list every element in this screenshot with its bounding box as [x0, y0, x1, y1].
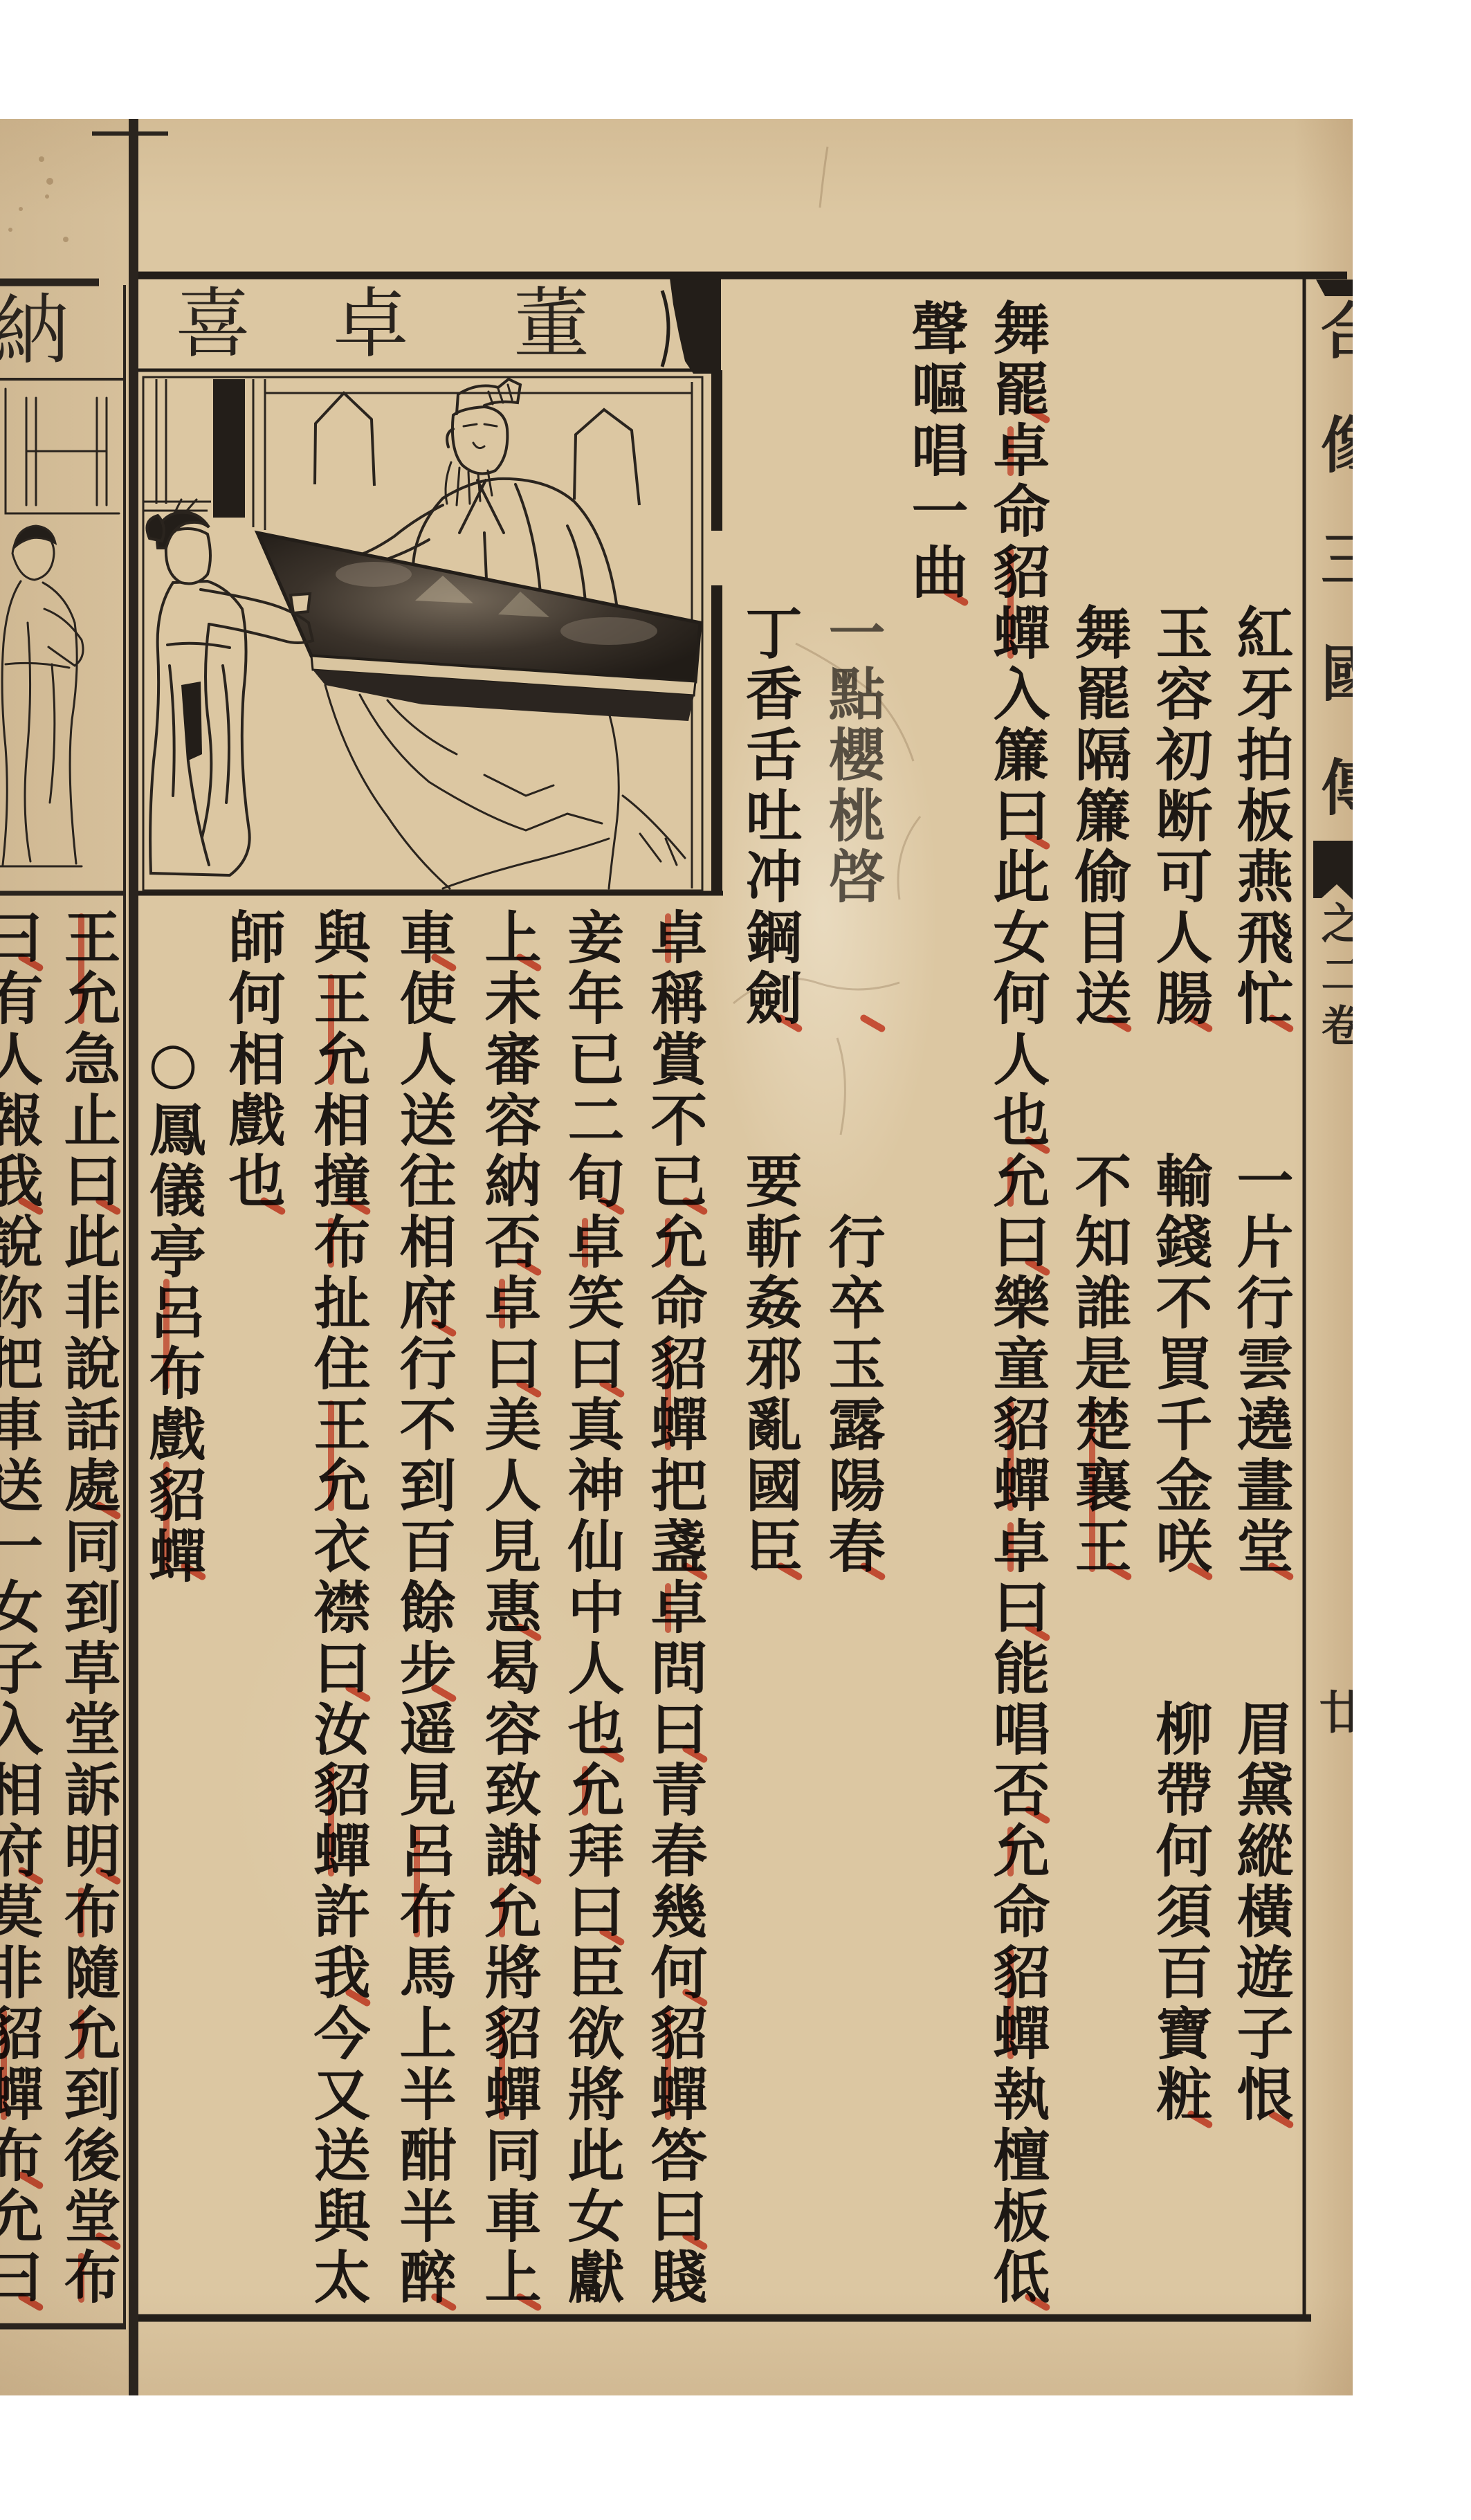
red-punctuation-tick [1106, 1014, 1133, 1034]
red-punctuation-tick [430, 1683, 458, 1704]
red-proper-name-line [665, 1340, 671, 1450]
red-punctuation-tick [515, 1623, 543, 1643]
red-punctuation-tick [95, 1501, 122, 1521]
red-proper-name-line [78, 1888, 84, 1937]
red-proper-name-line [78, 2009, 84, 2059]
red-punctuation-tick [776, 1014, 804, 1034]
red-punctuation-tick [682, 1744, 709, 1764]
red-proper-name-line [499, 1888, 505, 1937]
red-punctuation-tick [1024, 831, 1052, 851]
red-punctuation-tick [17, 2292, 45, 2312]
red-punctuation-tick [17, 953, 45, 973]
red-punctuation-tick [17, 2171, 45, 2191]
red-punctuation-tick [1268, 1014, 1295, 1034]
red-proper-name-line [665, 1218, 671, 1268]
red-punctuation-tick [515, 1379, 543, 1399]
red-punctuation-tick [515, 1257, 543, 1277]
red-punctuation-tick [345, 1196, 372, 1216]
red-proper-name-line [414, 1827, 420, 1937]
red-punctuation-tick [1024, 1805, 1052, 1825]
red-punctuation-tick [17, 1866, 45, 1886]
red-punctuation-tick [259, 1196, 287, 1216]
red-punctuation-tick [345, 1683, 372, 1704]
red-punctuation-tick [1024, 405, 1052, 425]
red-punctuation-tick [345, 1988, 372, 2008]
red-punctuation-tick [95, 2231, 122, 2252]
red-proper-name-line [78, 913, 84, 1024]
red-proper-name-line [163, 1461, 170, 1572]
red-punctuation-tick [682, 2231, 709, 2252]
red-punctuation-tick [859, 1014, 887, 1034]
red-proper-name-line [1007, 1827, 1014, 1877]
red-punctuation-tick [599, 1196, 626, 1216]
red-proper-name-line [1007, 1400, 1014, 1511]
red-punctuation-tick [1268, 1562, 1295, 1582]
red-punctuation-tick [682, 1988, 709, 2008]
book-page-spread: 董 卓 喜 納 合像三國傳 之二卷 廿 紅牙拍板燕飛忙 一片行雲遶畫堂 眉黛縱橫… [0, 0, 1353, 2395]
red-punctuation-tick [1187, 1014, 1214, 1034]
red-punctuation-tick [682, 1562, 709, 1582]
red-proper-name-line [1007, 548, 1014, 659]
red-punctuation-tick [515, 1866, 543, 1886]
red-proper-name-line [665, 913, 671, 963]
red-punctuation-tick [1024, 2292, 1052, 2312]
red-proper-name-line [328, 1766, 334, 1877]
red-punctuation-tick [1106, 1562, 1133, 1582]
red-punctuation-tick [599, 1744, 626, 1764]
red-proper-name-line [328, 1218, 334, 1268]
red-punctuation-tick [430, 1318, 458, 1338]
red-punctuation-tick [515, 2292, 543, 2312]
red-proper-name-line [328, 974, 334, 1085]
red-proper-name-line [499, 1279, 505, 1329]
red-proper-name-line [1007, 1157, 1014, 1207]
red-proper-name-line [582, 1766, 588, 1816]
red-punctuation-tick [1187, 2110, 1214, 2130]
red-punctuation-tick [859, 1562, 887, 1582]
red-punctuation-tick [515, 953, 543, 973]
red-punctuation-tick [682, 1196, 709, 1216]
red-punctuation-tick [1024, 1135, 1052, 1156]
red-punctuation-tick [942, 587, 970, 608]
red-punctuation-tick [430, 2292, 458, 2312]
red-proper-name-line [665, 1583, 671, 1633]
red-punctuation-tick [180, 1562, 208, 1582]
red-punctuation-tick [17, 1196, 45, 1216]
red-punctuation-tick [95, 1866, 122, 1886]
red-punctuation-tick [1268, 2110, 1295, 2130]
red-proper-name-line [1007, 1522, 1014, 1572]
red-punctuation-tick [95, 1196, 122, 1216]
red-proper-name-line [1, 2009, 7, 2120]
red-punctuation-tick [776, 1562, 804, 1582]
red-proper-name-line [78, 2253, 84, 2303]
red-punctuation-tick [1024, 1257, 1052, 1277]
red-punctuation-tick [1024, 1623, 1052, 1643]
red-punctuation-tick [599, 1379, 626, 1399]
red-proper-name-line [163, 1279, 170, 1389]
red-punctuation-tick [1187, 1562, 1214, 1582]
red-proper-name-line [328, 1400, 334, 1511]
red-punctuation-tick [430, 953, 458, 973]
red-proper-name-line [582, 1218, 588, 1268]
red-proper-name-line [499, 2009, 505, 2120]
red-proper-name-line [1007, 1948, 1014, 2059]
red-proper-name-line [1007, 426, 1014, 476]
red-proper-name-line [665, 2009, 671, 2120]
red-punctuation-tick [599, 1927, 626, 1947]
red-proper-name-line [1089, 1400, 1095, 1572]
red-annotation-layer [0, 0, 1353, 2395]
